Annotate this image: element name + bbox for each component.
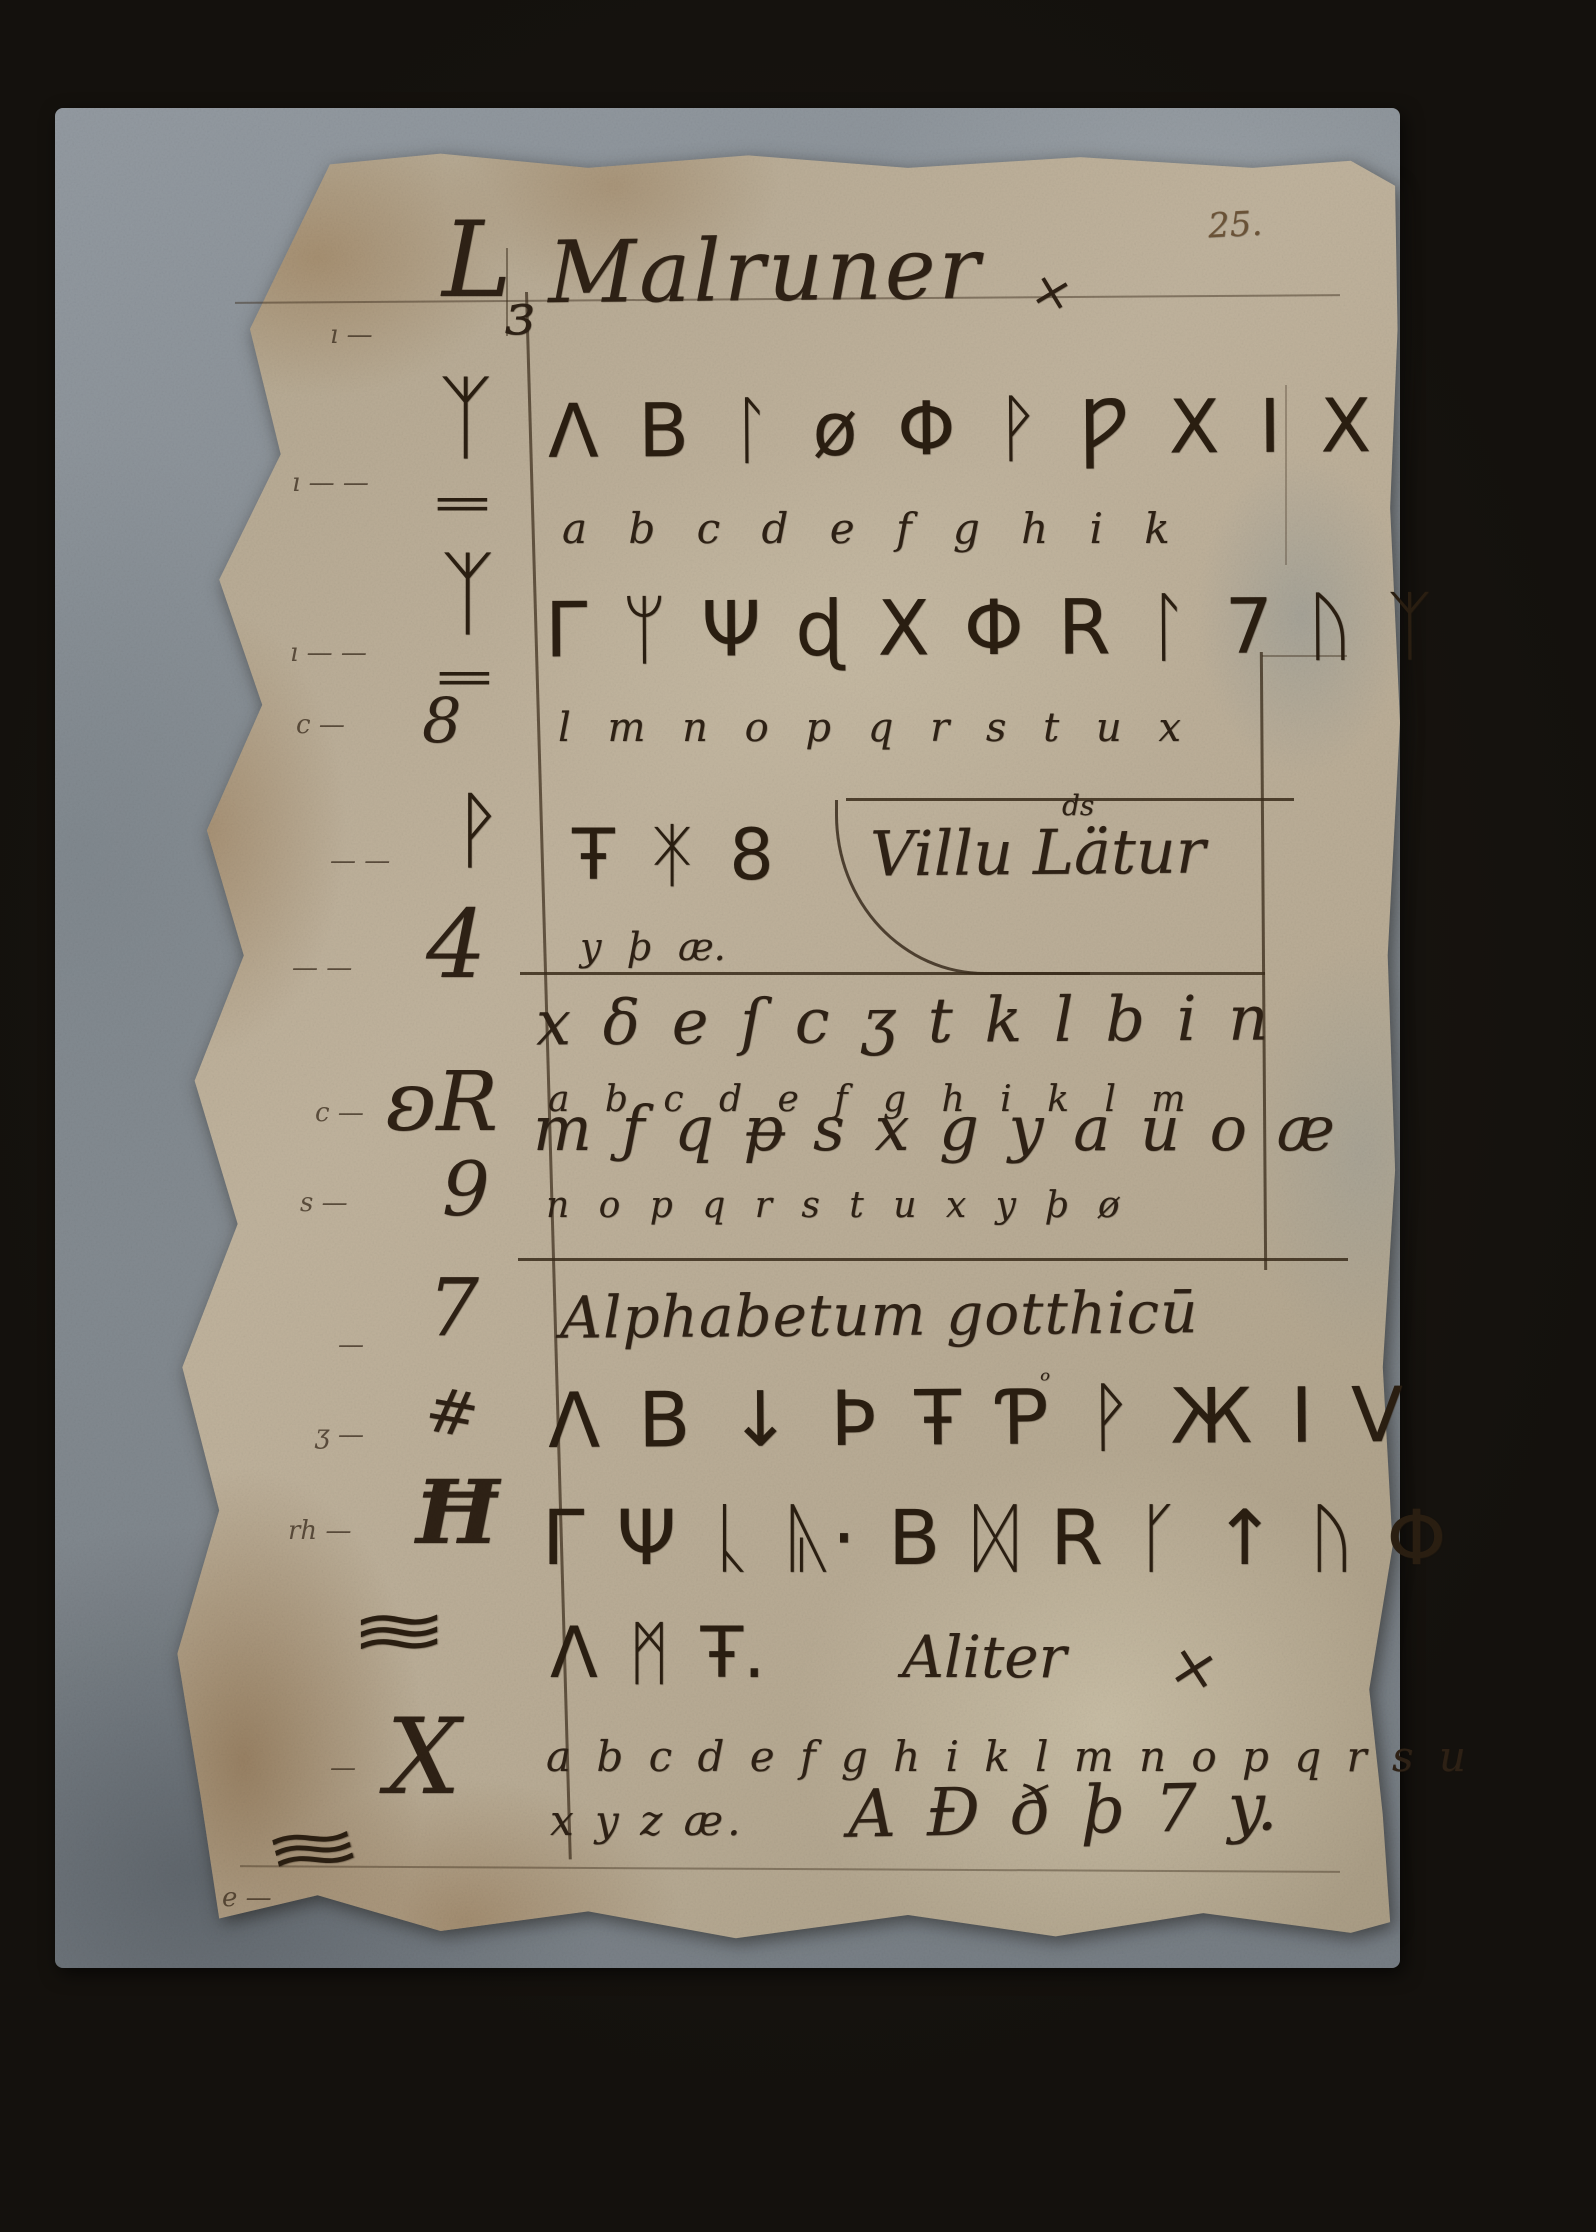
villuletur-superscript: ds xyxy=(1062,792,1094,820)
malrune-row1-runes: Λ B ᛚ ø Φ ᚹ Ƿ X I X xyxy=(548,389,1372,469)
malrune-row2-latin: l m n o p q r s t u x xyxy=(558,708,1181,748)
aliter-label: Aliter xyxy=(902,1628,1066,1686)
margin-symbol: 8 xyxy=(422,690,461,752)
gothic-heading: Alphabetum gotthicū xyxy=(560,1283,1199,1347)
margin-label: s — xyxy=(300,1190,348,1216)
margin-label: ı — — xyxy=(292,470,369,496)
margin-symbol: ᛉ xyxy=(438,372,493,464)
page-title: Malruner xyxy=(548,226,984,317)
margin-label: rh — xyxy=(288,1518,351,1544)
margin-symbol: ≋ xyxy=(255,1816,371,1879)
margin-symbol: Ħ xyxy=(416,1468,499,1556)
margin-label: ı — xyxy=(330,322,373,348)
gothic-row2-glyphs: Γ Ψ ᚳ ᚣ· B ᛞ R ᚴ ↑ ᚢ Φ xyxy=(542,1500,1446,1576)
margin-symbol: # xyxy=(421,1378,483,1448)
margin-label: c — xyxy=(315,1100,364,1126)
villuletur-row2-latin: n o p q r s t u x y þ ø xyxy=(546,1188,1120,1224)
margin-symbol: ᚹ xyxy=(452,788,502,872)
margin-symbol: L xyxy=(442,208,512,313)
gothic-section-top-line xyxy=(518,1258,1348,1261)
margin-label: — — xyxy=(292,955,352,981)
margin-symbol: ᛉ xyxy=(440,548,495,640)
margin-symbol: X xyxy=(386,1705,461,1810)
gothic-display-letters: A Ð ð þ 7 y. xyxy=(847,1774,1277,1847)
malrune-row1-latin: a b c d e f g h i k xyxy=(562,508,1170,550)
margin-label: — — xyxy=(330,848,390,874)
villuletur-row1-glyphs: x δ e ſ c ʒ t k l b i n xyxy=(536,987,1269,1054)
villuletur-divider-line xyxy=(520,972,1265,975)
margin-symbol: 7 xyxy=(428,1268,479,1348)
scanned-manuscript-page: 25. ɜ Malruner × Λ B ᛚ ø Φ ᚹ Ƿ X I X a b… xyxy=(0,0,1596,2232)
margin-label: ʒ — xyxy=(315,1422,364,1448)
margin-symbol: ≋ xyxy=(348,1600,450,1664)
margin-symbol: 9 xyxy=(442,1152,490,1227)
malrune-row3-runes: Ŧ ᛡ 8 xyxy=(572,820,774,890)
margin-label: e — xyxy=(222,1885,272,1911)
gothic-latin-line1: a b c d e f g h i k l m n o p q r s u xyxy=(546,1736,1470,1778)
folio-number: 25. xyxy=(1207,207,1263,244)
gothic-row3-glyphs: Λ ᛗ Ŧ. xyxy=(550,1618,765,1688)
margin-symbol: ʚR xyxy=(386,1062,498,1144)
margin-symbol-bars: = xyxy=(429,478,495,529)
villuletur-heading: Villu Lätur xyxy=(870,821,1206,886)
margin-label: — xyxy=(330,1755,356,1781)
gothic-row1-mark: ᵒ xyxy=(1040,1368,1050,1394)
malrune-row3-latin: y þ æ. xyxy=(580,928,726,966)
margin-symbol: 4 xyxy=(426,898,486,993)
margin-label: — xyxy=(338,1332,364,1358)
gothic-latin-line2: x y z æ. xyxy=(550,1800,744,1842)
villuletur-row2-glyphs: m ƒ q ᵽ s x g y a u o æ xyxy=(533,1098,1335,1160)
gothic-row1-glyphs: Λ B ↓ Þ Ŧ Ƥ ᚹ Ж I V xyxy=(548,1377,1404,1459)
margin-label: ı — — xyxy=(290,640,367,666)
margin-label: c — xyxy=(296,712,345,738)
malrune-row2-runes: Γ ᛘ Ψ ɖ X Φ R ᛚ 7 ᚢ ᛉ xyxy=(545,588,1433,669)
